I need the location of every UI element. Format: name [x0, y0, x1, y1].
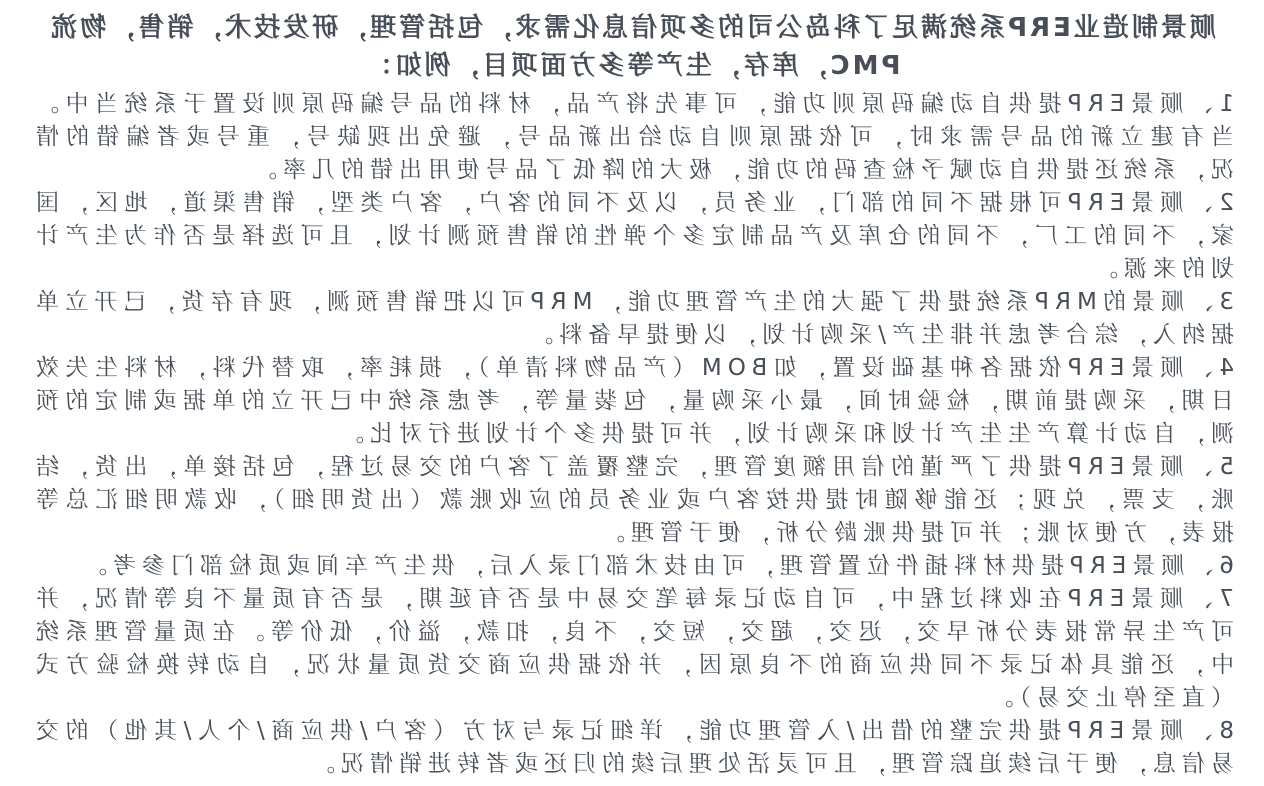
title-line-1: 顺景制造业ERP系统满足了科岛公司的多项信息化需求，包括管理，研发技术，销售，物…	[30, 9, 1234, 47]
paragraph-7: 7、顺景ERP在收料过程中，可自动记录每笔交易中是否有延期，是否有质量不良等情况…	[30, 583, 1234, 715]
document-page: 顺景制造业ERP系统满足了科岛公司的多项信息化需求，包括管理，研发技术，销售，物…	[0, 0, 1264, 786]
mirrored-content: 顺景制造业ERP系统满足了科岛公司的多项信息化需求，包括管理，研发技术，销售，物…	[0, 0, 1264, 786]
paragraph-3: 3、顺景的MRP系统提供了强大的生产管理功能，MRP可以把销售预测，现有存货，已…	[30, 286, 1234, 352]
paragraph-8: 8、顺景ERP提供完整的借出/入管理功能，详细记录与对方（客户/供应商/个人/其…	[30, 715, 1234, 781]
document-body: 1、顺景ERP提供自动编码原则功能，可事先将产品，材料的品号编码原则设置于系统当…	[30, 88, 1234, 781]
paragraph-6: 6、顺景ERP提供材料插件位置管理，可由技术部门录入后，供生产车间或质检部门参考…	[30, 550, 1234, 583]
paragraph-2: 2、顺景ERP可根据不同的部门，业务员，以及不同的客户，客户类型，销售渠道，地区…	[30, 187, 1234, 286]
document-title: 顺景制造业ERP系统满足了科岛公司的多项信息化需求，包括管理，研发技术，销售，物…	[30, 9, 1234, 85]
paragraph-5: 5、顺景ERP提供了严谨的信用额度管理，完整覆盖了客户的交易过程，包括接单，出货…	[30, 451, 1234, 550]
paragraph-1: 1、顺景ERP提供自动编码原则功能，可事先将产品，材料的品号编码原则设置于系统当…	[30, 88, 1234, 187]
title-line-2: PMC，库存，生产等多方面项目，例如：	[30, 47, 1234, 85]
paragraph-4: 4、顺景ERP依据各种基础设置，如BOM（产品物料清单），损耗率，取替代料，材料…	[30, 352, 1234, 451]
